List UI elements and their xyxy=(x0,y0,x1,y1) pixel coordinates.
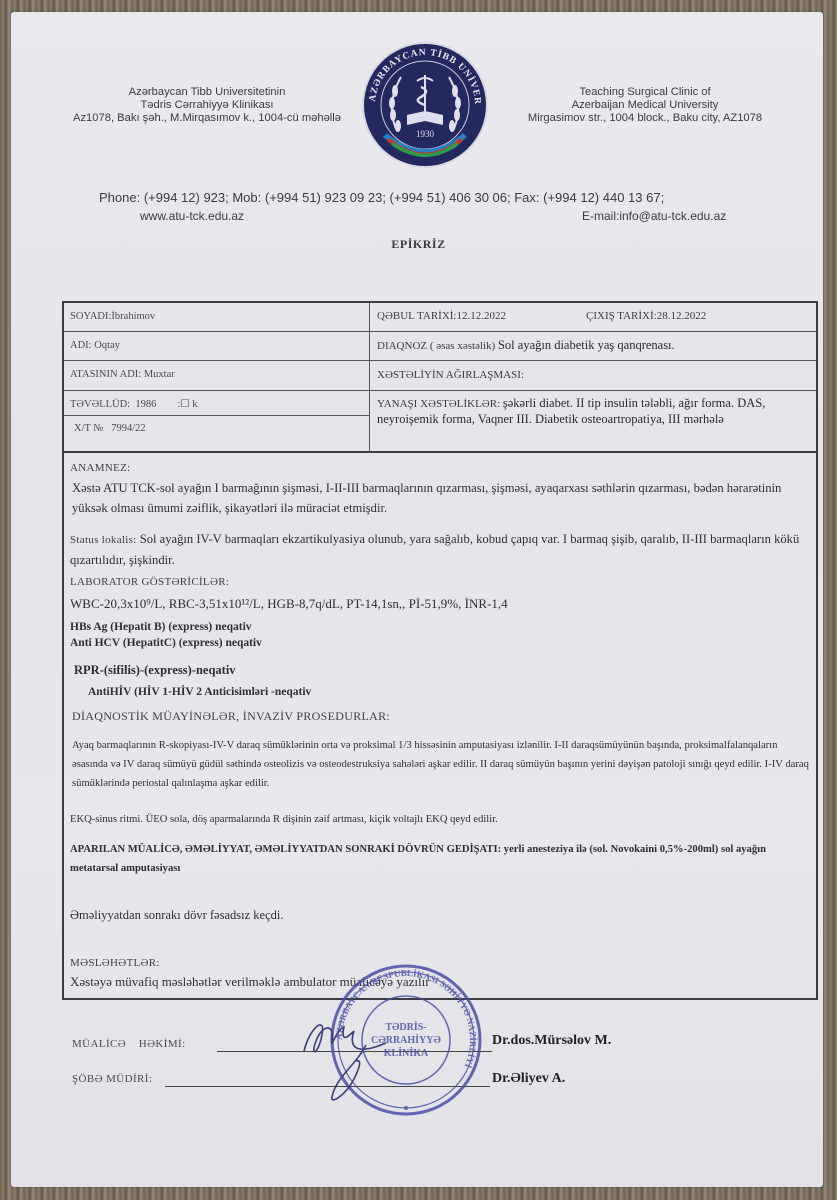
diagnosis-label: DIAQNOZ ( əsas xəstəlik) xyxy=(377,340,495,352)
ekg-findings: EKQ-sinus ritmi. ÜEO sola, döş aparmalar… xyxy=(70,810,812,829)
admission-date: QƏBUL TARİXİ:12.12.2022 xyxy=(377,310,506,322)
website-link[interactable]: www.atu-tck.edu.az xyxy=(140,209,244,223)
treatment-section: APARILAN MÜALİCƏ, ƏMƏLİYYAT, ƏMƏLİYYATDA… xyxy=(70,840,812,878)
complication-field: XƏSTƏLİYİN AĞIRLAŞMASI: xyxy=(377,369,524,381)
signature-icon xyxy=(296,1005,406,1105)
row-divider xyxy=(64,415,369,416)
row-divider xyxy=(369,360,816,361)
svg-text:1930: 1930 xyxy=(416,129,435,139)
row-divider xyxy=(369,390,816,391)
diagnosis-field: DIAQNOZ ( əsas xəstəlik) Sol ayağın diab… xyxy=(377,338,675,353)
clinic-name-line: Azərbaycan Tibb Universitetinin xyxy=(52,86,362,99)
anamnesis-label: ANAMNEZ: xyxy=(70,462,812,474)
clinic-name-line: Teaching Surgical Clinic of xyxy=(505,86,785,99)
clinic-address-line: Az1078, Bakı şəh., M.Mirqasımov k., 1004… xyxy=(52,112,362,125)
clinic-name-line: Tədris Cərrahiyyə Klinikası xyxy=(52,99,362,112)
head-name: Dr.Əliyev A. xyxy=(492,1071,565,1087)
hiv-result: AntiHİV (HİV 1-HİV 2 Anticisimləri -neqa… xyxy=(88,682,812,702)
comorbidities-label: YANAŞI XƏSTƏLİKLƏR: xyxy=(377,398,500,410)
clinic-name-line: Azerbaijan Medical University xyxy=(505,99,785,112)
comorbidities-field: YANAŞI XƏSTƏLİKLƏR: şəkərli diabet. II t… xyxy=(377,396,802,428)
contact-line: Phone: (+994 12) 923; Mob: (+994 51) 923… xyxy=(99,190,799,205)
xray-findings: Ayaq barmaqlarının R-skopiyası-IV-V dara… xyxy=(72,736,812,793)
discharge-date: ÇIXIŞ TARİXİ:28.12.2022 xyxy=(586,310,706,322)
hbs-result: HBs Ag (Hepatit B) (express) neqativ xyxy=(70,619,812,635)
lab-values: WBC-20,3x10⁹/L, RBC-3,51x10¹²/L, HGB-8,7… xyxy=(70,594,812,614)
treatment-label: APARILAN MÜALİCƏ, ƏMƏLİYYAT, ƏMƏLİYYATDA… xyxy=(70,844,501,855)
row-divider xyxy=(64,360,369,361)
postop-course: Əməliyyatdan sonrakı dövr fəsadsız keçdi… xyxy=(70,905,812,925)
labs-label: LABORATOR GÖSTƏRİCİLƏR: xyxy=(70,576,812,588)
status-label: Status lokalis: xyxy=(70,534,137,546)
clinic-address-az: Azərbaycan Tibb Universitetinin Tədris C… xyxy=(52,86,362,125)
birth-year-field: TƏVƏLLÜD: 1986 :☐ k xyxy=(70,398,198,410)
diagnostics-label: DİAQNOSTİK MÜAYİNƏLƏR, İNVAZİV PROSEDURL… xyxy=(72,709,812,724)
row-divider xyxy=(64,390,369,391)
name-field: ADI: Oqtay xyxy=(70,340,120,351)
anamnesis-text: Xəstə ATU TCK-sol ayağın I barmağının şi… xyxy=(72,478,812,518)
row-divider xyxy=(369,331,816,332)
hcv-result: Anti HCV (HepatitC) (express) neqativ xyxy=(70,635,812,651)
status-localis: Status lokalis: Sol ayağın IV-V barmaqla… xyxy=(70,529,812,570)
record-number-field: X/T № 7994/22 xyxy=(74,423,146,434)
email-link[interactable]: E-mail:info@atu-tck.edu.az xyxy=(582,209,726,223)
row-divider xyxy=(64,331,369,332)
clinic-address-en: Teaching Surgical Clinic of Azerbaijan M… xyxy=(505,86,785,125)
table-divider xyxy=(369,303,370,451)
patient-info-table: SOYADI:İbrahimov ADI: Oqtay ATASININ ADI… xyxy=(62,301,818,453)
rpr-result: RPR-(sifilis)-(express)-neqativ xyxy=(74,660,812,680)
surname-field: SOYADI:İbrahimov xyxy=(70,311,155,322)
diagnosis-value: Sol ayağın diabetik yaş qanqrenası. xyxy=(498,338,675,352)
doctor-name: Dr.dos.Mürsəlov M. xyxy=(492,1033,611,1049)
status-text: Sol ayağın IV-V barmaqları ekzartikulyas… xyxy=(70,532,799,567)
clinic-address-line: Mirgasimov str., 1004 block., Baku city,… xyxy=(505,112,785,125)
doctor-label: MÜALİCƏ HƏKİMİ: xyxy=(72,1038,186,1050)
head-label: ŞÖBƏ MÜDİRİ: xyxy=(72,1073,152,1085)
university-seal-icon: 1930 AZƏRBAYCAN TİBB UNİVERSİTETİ xyxy=(361,41,489,169)
father-name-field: ATASININ ADI: Muxtar xyxy=(70,369,175,380)
document-title: EPİKRİZ xyxy=(0,237,837,252)
